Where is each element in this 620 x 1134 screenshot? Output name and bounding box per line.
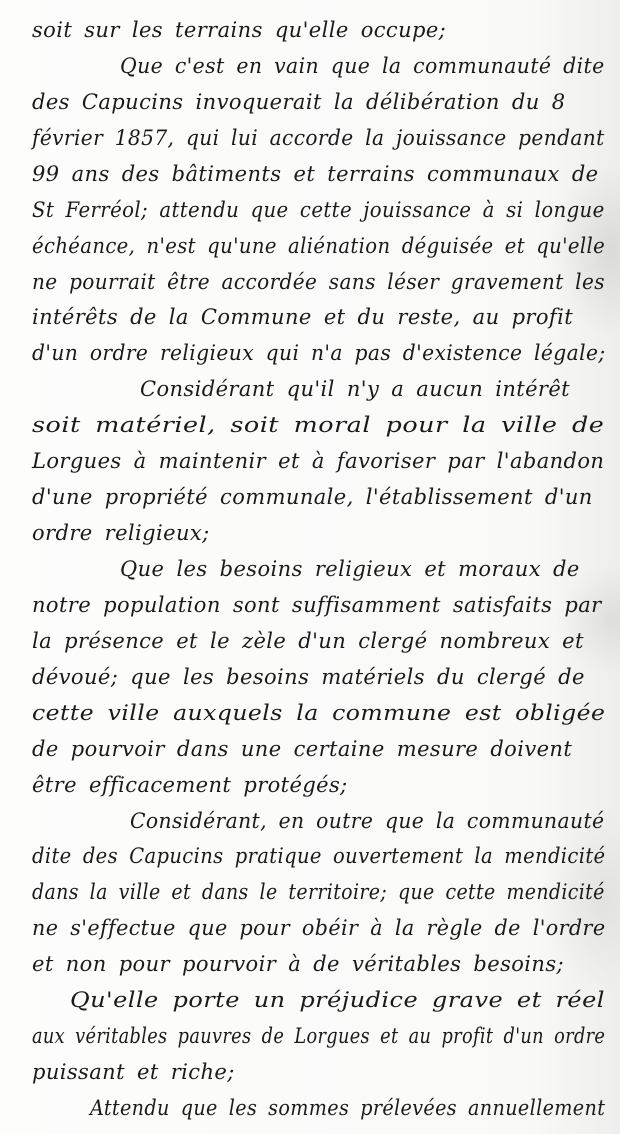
- manuscript-page: soit sur les terrains qu'elle occupe;Que…: [0, 0, 620, 1134]
- text-line: d'un ordre religieux qui n'a pas d'exist…: [32, 343, 606, 364]
- text-line: aux véritables pauvres de Lorgues et au …: [32, 1026, 605, 1047]
- text-line: 99 ans des bâtiments et terrains communa…: [32, 164, 599, 185]
- text-line: des Capucins invoquerait la délibération…: [32, 92, 566, 113]
- text-line: puissant et riche;: [32, 1062, 235, 1083]
- text-line: Que les besoins religieux et moraux de: [120, 559, 580, 580]
- text-line: et non pour pourvoir à de véritables bes…: [32, 954, 564, 975]
- text-line: soit sur les terrains qu'elle occupe;: [32, 20, 446, 41]
- text-line: notre population sont suffisamment satis…: [32, 595, 602, 616]
- text-line: dite des Capucins pratique ouvertement l…: [32, 846, 605, 867]
- text-line: février 1857, qui lui accorde la jouissa…: [32, 128, 605, 149]
- text-line: cette ville auxquels la commune est obli…: [32, 703, 605, 724]
- text-line: Que c'est en vain que la communauté dite: [120, 56, 605, 77]
- text-line: Qu'elle porte un préjudice grave et réel: [70, 990, 605, 1011]
- text-line: Considérant, en outre que la communauté: [130, 811, 604, 832]
- text-line: de pourvoir dans une certaine mesure doi…: [32, 739, 572, 760]
- text-line: la présence et le zèle d'un clergé nombr…: [32, 631, 584, 652]
- text-line: ordre religieux;: [32, 523, 210, 544]
- text-line: Attendu que les sommes prélevées annuell…: [90, 1098, 605, 1119]
- text-line: dans la ville et dans le territoire; que…: [32, 882, 605, 903]
- text-line: échéance, n'est qu'une aliénation déguis…: [32, 236, 605, 257]
- text-line: St Ferréol; attendu que cette jouissance…: [32, 200, 605, 221]
- text-line: dévoué; que les besoins matériels du cle…: [32, 667, 585, 688]
- text-line: être efficacement protégés;: [32, 775, 348, 796]
- text-line: Lorgues à maintenir et à favoriser par l…: [32, 451, 604, 472]
- text-line: ne pourrait être accordée sans léser gra…: [32, 272, 605, 293]
- text-line: intérêts de la Commune et du reste, au p…: [32, 307, 573, 328]
- text-line: d'une propriété communale, l'établisseme…: [32, 487, 593, 508]
- text-line: ne s'effectue que pour obéir à la règle …: [32, 918, 605, 939]
- text-line: soit matériel, soit moral pour la ville …: [32, 415, 604, 436]
- text-line: Considérant qu'il n'y a aucun intérêt: [140, 379, 570, 400]
